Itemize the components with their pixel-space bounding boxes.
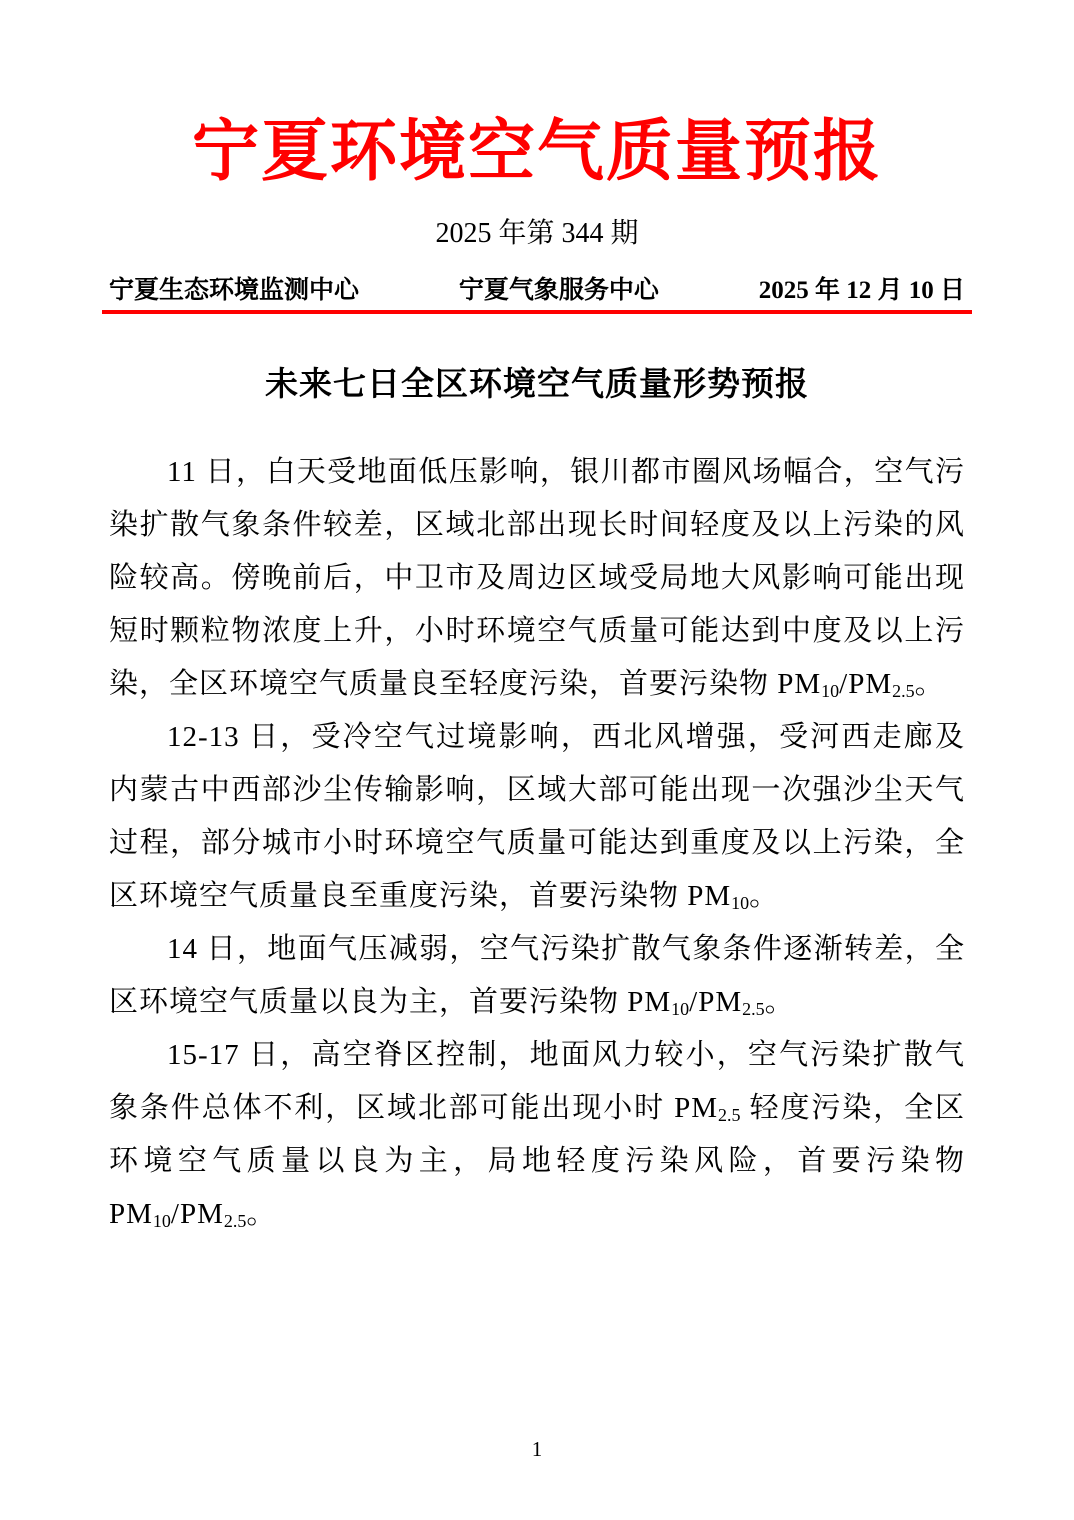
issue-number: 2025 年第 344 期 <box>109 216 965 252</box>
org-row: 宁夏生态环境监测中心 宁夏气象服务中心 2025 年 12 月 10 日 <box>109 274 965 307</box>
doc-title: 宁夏环境空气质量预报 <box>109 112 965 192</box>
forecast-paragraph-day11: 11 日，白天受地面低压影响，银川都市圈风场幅合，空气污染扩散气象条件较差，区域… <box>109 446 965 711</box>
forecast-paragraph-day15-17: 15-17 日，高空脊区控制，地面风力较小，空气污染扩散气象条件总体不利，区域北… <box>109 1029 965 1241</box>
forecast-paragraph-day12-13: 12-13 日，受冷空气过境影响，西北风增强，受河西走廊及内蒙古中西部沙尘传输影… <box>109 711 965 923</box>
red-divider <box>102 310 972 314</box>
org-weather-service-center: 宁夏气象服务中心 <box>459 274 659 307</box>
forecast-paragraph-day14: 14 日，地面气压减弱，空气污染扩散气象条件逐渐转差，全区环境空气质量以良为主，… <box>109 923 965 1029</box>
section-heading: 未来七日全区环境空气质量形势预报 <box>109 363 965 405</box>
document-page: 宁夏环境空气质量预报 2025 年第 344 期 宁夏生态环境监测中心 宁夏气象… <box>0 0 1074 1520</box>
page-number: 1 <box>0 1436 1074 1462</box>
issue-date: 2025 年 12 月 10 日 <box>759 274 965 307</box>
forecast-body: 11 日，白天受地面低压影响，银川都市圈风场幅合，空气污染扩散气象条件较差，区域… <box>109 446 965 1241</box>
org-monitoring-center: 宁夏生态环境监测中心 <box>109 274 359 307</box>
